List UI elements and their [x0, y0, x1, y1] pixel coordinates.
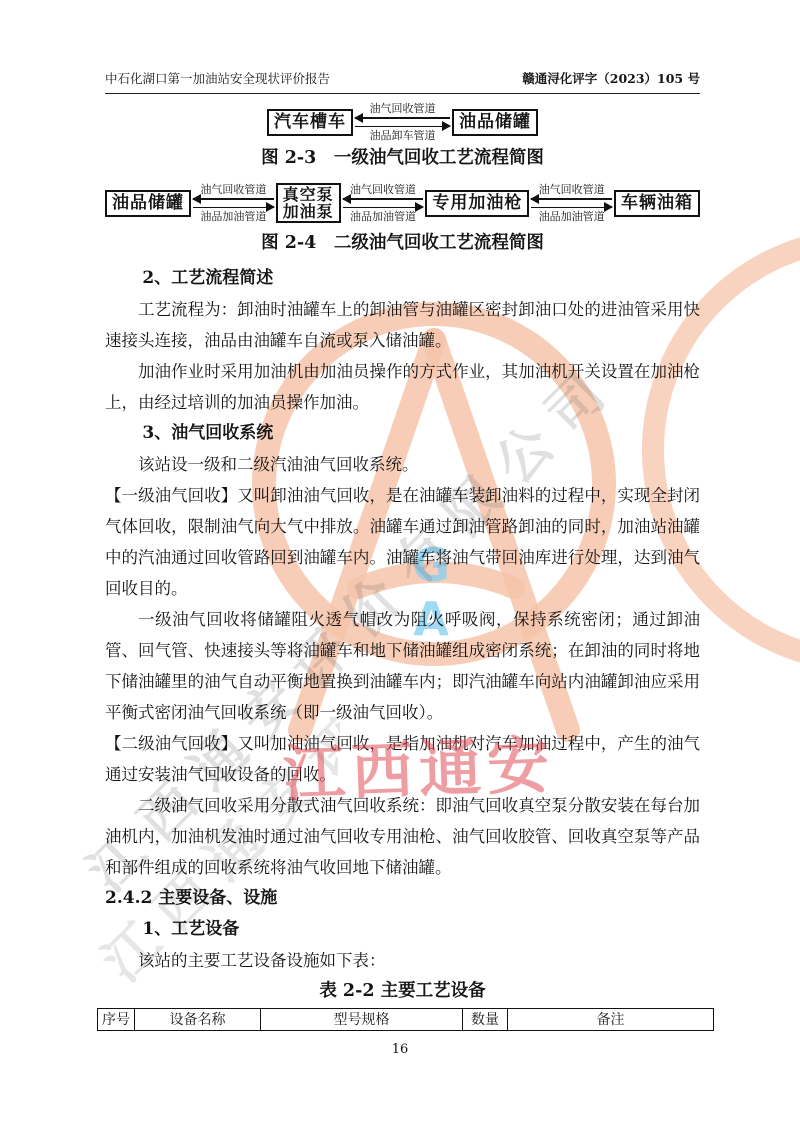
paragraph-stage1-detail: 一级油气回收将储罐阻火透气帽改为阻火呼吸阀，保持系统密闭；通过卸油管、回气管、快… [105, 604, 700, 728]
table-2-2-caption: 表 2-2 主要工艺设备 [105, 976, 700, 1006]
column-header-quantity: 数量 [463, 1009, 508, 1031]
flow-box-nozzle: 专用加油枪 [425, 190, 529, 217]
page-header: 中石化湖口第一加油站安全现状评价报告 赣通浔化评字（2023）105 号 [105, 70, 700, 94]
arrow-left-icon [193, 198, 274, 200]
pipe-label-unloading: 油品卸车管道 [355, 129, 450, 142]
arrow-right-icon [343, 207, 424, 209]
arrow-right-icon [531, 207, 612, 209]
body-text: 2、工艺流程简述 工艺流程为：卸油时油罐车上的卸油管与油罐区密封卸油口处的进油管… [105, 263, 700, 976]
paragraph-process-2: 加油作业时采用加油机由加油员操作的方式作业，其加油机开关设置在加油枪上，由经过培… [105, 356, 700, 418]
paragraph-vapor-intro: 该站设一级和二级汽油油气回收系统。 [105, 449, 700, 480]
flow-box-storage-tank: 油品储罐 [105, 190, 191, 217]
flow-box-vehicle-tank: 车辆油箱 [614, 190, 700, 217]
column-header-model-spec: 型号规格 [261, 1009, 463, 1031]
pipe-label-vapor-recovery: 油气回收管道 [355, 102, 450, 115]
header-document-number: 赣通浔化评字（2023）105 号 [522, 70, 700, 88]
paragraph-process-1: 工艺流程为：卸油时油罐车上的卸油管与油罐区密封卸油口处的进油管采用快速接头连接，… [105, 294, 700, 356]
flow-box-pumps: 真空泵 加油泵 [276, 183, 341, 223]
pipe-label-fueling: 油品加油管道 [531, 210, 612, 223]
flow-connector: 油气回收管道 油品卸车管道 [355, 102, 450, 142]
flow-connector: 油气回收管道 油品加油管道 [343, 183, 424, 223]
heading-vapor-recovery-system: 3、油气回收系统 [105, 418, 700, 449]
equipment-table: 序号 设备名称 型号规格 数量 备注 [97, 1008, 714, 1031]
arrow-left-icon [531, 198, 612, 200]
arrow-right-icon [355, 126, 450, 128]
figure-2-3-caption: 图 2-3 一级油气回收工艺流程简图 [105, 147, 700, 169]
paragraph-table-intro: 该站的主要工艺设备设施如下表： [105, 945, 700, 976]
column-header-seq: 序号 [98, 1009, 135, 1031]
header-report-title: 中石化湖口第一加油站安全现状评价报告 [105, 70, 330, 88]
fuel-pump-label: 加油泵 [283, 203, 334, 220]
heading-process-description: 2、工艺流程简述 [105, 263, 700, 294]
paragraph-stage2-detail: 二级油气回收采用分散式油气回收系统：即油气回收真空泵分散安装在每台加油机内，加油… [105, 790, 700, 883]
heading-main-equipment: 2.4.2 主要设备、设施 [105, 883, 700, 914]
figure-2-3-diagram: 汽车槽车 油气回收管道 油品卸车管道 油品储罐 [105, 102, 700, 142]
column-header-equipment-name: 设备名称 [135, 1009, 261, 1031]
pipe-label-vapor-recovery: 油气回收管道 [531, 183, 612, 196]
paragraph-stage2-definition: 【二级油气回收】又叫加油油气回收，是指加油机对汽车加油过程中，产生的油气通过安装… [105, 728, 700, 790]
table-header-row: 序号 设备名称 型号规格 数量 备注 [98, 1009, 714, 1031]
arrow-left-icon [343, 198, 424, 200]
flow-box-tank-truck: 汽车槽车 [267, 109, 353, 136]
paragraph-stage1-definition: 【一级油气回收】又叫卸油油气回收，是在油罐车装卸油料的过程中，实现全封闭气体回收… [105, 480, 700, 604]
heading-process-equipment: 1、工艺设备 [105, 914, 700, 945]
figure-2-4-diagram: 油品储罐 油气回收管道 油品加油管道 真空泵 加油泵 油气回收管道 油品加油管道… [105, 183, 700, 223]
flow-connector: 油气回收管道 油品加油管道 [193, 183, 274, 223]
flow-box-storage-tank: 油品储罐 [452, 109, 538, 136]
vacuum-pump-label: 真空泵 [283, 186, 334, 203]
page-number: 16 [0, 1042, 800, 1057]
pipe-label-vapor-recovery: 油气回收管道 [193, 183, 274, 196]
pipe-label-fueling: 油品加油管道 [193, 210, 274, 223]
arrow-left-icon [355, 117, 450, 119]
figure-2-4-caption: 图 2-4 二级油气回收工艺流程简图 [105, 232, 700, 254]
column-header-remarks: 备注 [508, 1009, 714, 1031]
arrow-right-icon [193, 207, 274, 209]
flow-connector: 油气回收管道 油品加油管道 [531, 183, 612, 223]
report-page: GA 江西通安评价有限公司 江西通安评价有限公司 江西通安 中石化湖口第一加油站… [0, 0, 800, 1131]
pipe-label-vapor-recovery: 油气回收管道 [343, 183, 424, 196]
pipe-label-fueling: 油品加油管道 [343, 210, 424, 223]
